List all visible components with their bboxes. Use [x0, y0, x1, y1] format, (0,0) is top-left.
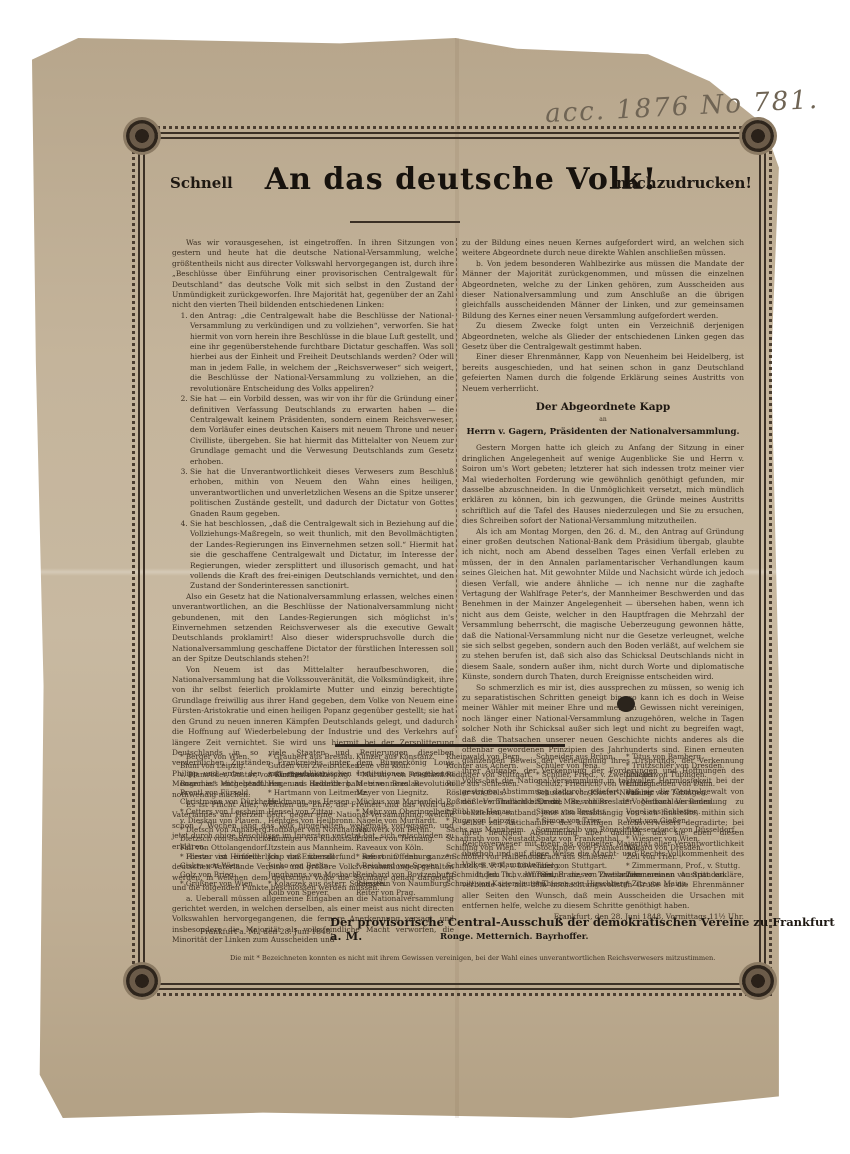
footnote: Die mit * Bezeichneten konnten es nicht … — [230, 954, 715, 962]
deputy-name: Vogt von Gießen. — [626, 816, 740, 825]
deputy-name: * Titus von Bamberg. — [626, 752, 740, 761]
letter-paragraph: Gestern Morgen hatte ich gleich zu Anfan… — [462, 443, 744, 526]
deputy-name: Pfahler von Tettnang. — [356, 834, 456, 843]
deputy-name: Zimmermann von Spandau. — [626, 870, 740, 879]
letter-an: an — [462, 415, 744, 425]
deputy-name: * Zimmermann, Prof., v. Stuttg. — [626, 861, 740, 870]
footer-date: Frankfurt a. M., den 28. Juni 1848. — [200, 927, 333, 936]
deputy-name: * Mohr von Oberingelheim. — [356, 807, 456, 816]
names-column-3: Künzer aus Konstanz.Leue von Köln.* Mart… — [356, 752, 456, 898]
deputy-name: Nägele von Murhardt. — [356, 816, 456, 825]
deputy-name: * Martiny von Friedland. — [356, 770, 456, 779]
deputy-name: Zell von Trier. - — [626, 852, 740, 861]
masthead-right: nachzudrucken! — [616, 174, 752, 192]
rosette-ornament-icon — [742, 120, 774, 152]
title-rule — [350, 221, 460, 223]
point-item: Sie hat — ein Vorbild dessen, was wir vo… — [190, 394, 454, 467]
deputy-name: Vogel aus Schlesien. — [626, 807, 740, 816]
deputy-name: * Wesendonck von Düsseldorf. — [626, 825, 740, 834]
masthead: Schnell An das deutsche Volk! nachzudruc… — [170, 160, 752, 200]
point-item: Sie hat die Unverantwortlichkeit dieses … — [190, 467, 454, 519]
deputy-name: * Vogenbach aus Baden. — [626, 797, 740, 806]
deputy-name: Reiter von Prag. — [356, 888, 456, 897]
names-rule — [335, 744, 565, 747]
body-paragraph: Also ein Gesetz hat die Nationalversamml… — [172, 592, 454, 665]
deputy-name: Leue von Köln. — [356, 761, 456, 770]
resolution-points: den Antrag: „die Centralgewalt habe die … — [172, 311, 454, 592]
deputy-name: Umbscheiden von Dahn. — [626, 779, 740, 788]
letter-recipient: Herrn v. Gagern, Präsidenten der Nationa… — [462, 427, 744, 437]
column-divider — [456, 238, 459, 738]
footer-committee-title: Der provisorische Central-Ausschuß der d… — [330, 915, 850, 943]
point-item: den Antrag: „die Centralgewalt habe die … — [190, 311, 454, 394]
ink-stain — [617, 696, 635, 712]
letter-paragraph: Als ich am Montag Morgen, den 26. d. M.,… — [462, 527, 744, 683]
deputy-name: Reinhard von Boytzenburg. — [356, 870, 456, 879]
deputy-name: * Reichard von Speyer. — [356, 861, 456, 870]
deputy-name: Vischer von Tübingen. — [626, 788, 740, 797]
deputy-name: * Wiesner von Wien. — [626, 834, 740, 843]
deputy-name: Künzer aus Konstanz. — [356, 752, 456, 761]
deputy-name: * Zitz von Mainz. — [626, 879, 740, 888]
deputy-name: Mückus von Marienfeld. — [356, 797, 456, 806]
intro-paragraph: Was wir vorausgesehen, ist eingetroffen.… — [172, 238, 454, 311]
deputy-name: Meyer von Liegnitz. — [356, 788, 456, 797]
deputy-name: Nauwerk von Berlin. — [356, 825, 456, 834]
deputy-name: Raveaux von Köln. — [356, 843, 456, 852]
letter-heading: Der Abgeordnete Kapp — [462, 402, 744, 412]
deputy-name: * Trützschler von Dresden. — [626, 761, 740, 770]
deputy-name: Reinstein von Naumburg. — [356, 879, 456, 888]
rosette-ornament-icon — [126, 120, 158, 152]
deputy-name: * Ree von Offenburg. — [356, 852, 456, 861]
sub-point-b: b. Von jedem besonderen Wahlbezirke aus … — [462, 259, 744, 321]
body-paragraph: Einer dieser Ehrenmänner, Kapp von Neuen… — [462, 352, 744, 394]
deputy-name: Metz von Breslau. — [356, 779, 456, 788]
names-column-6: * Titus von Bamberg.* Trützschler von Dr… — [626, 752, 740, 888]
footer-signers: Ronge. Metternich. Bayrhoffer. — [440, 932, 588, 942]
continuation-paragraph: zu der Bildung eines neuen Kernes aufgef… — [462, 238, 744, 259]
deputy-name: Wigard von Dresden. — [626, 843, 740, 852]
rosette-ornament-icon — [126, 965, 158, 997]
body-paragraph: Zu diesem Zwecke folgt unten ein Verzeic… — [462, 321, 744, 352]
rosette-ornament-icon — [742, 965, 774, 997]
point-item: Sie hat beschlossen, „daß die Centralgew… — [190, 519, 454, 592]
deputy-name: Uhland von Tübingen. — [626, 770, 740, 779]
